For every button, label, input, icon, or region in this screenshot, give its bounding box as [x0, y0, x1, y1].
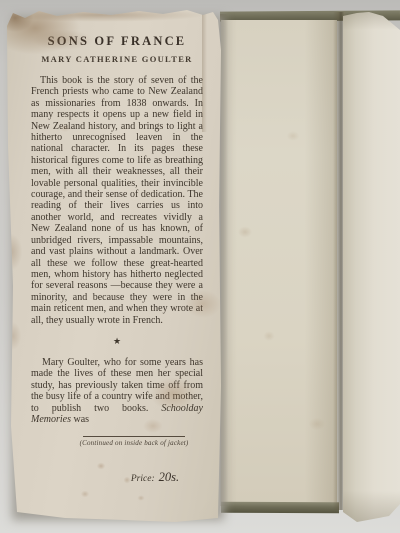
price-value: 20s.	[159, 470, 180, 484]
continued-note: (Continued on inside back of jacket)	[71, 439, 197, 447]
price-label: Price:	[131, 474, 155, 484]
right-page	[343, 4, 400, 522]
star-divider-icon: ★	[31, 336, 203, 347]
book-title: SONS OF FRANCE	[31, 34, 203, 49]
price: Price: 20s.	[31, 468, 203, 486]
flap-printed-text: SONS OF FRANCE MARY CATHERINE GOULTER Th…	[5, 6, 221, 486]
divider-rule	[83, 436, 185, 437]
book-author: MARY CATHERINE GOULTER	[31, 54, 203, 64]
blurb-paragraph: This book is the story of seven of the F…	[31, 75, 203, 326]
author-note-paragraph: Mary Goulter, who for some years has mad…	[31, 357, 203, 425]
endpaper-page	[221, 20, 337, 504]
book-photo: SONS OF FRANCE MARY CATHERINE GOULTER Th…	[0, 0, 400, 533]
flap-crease	[202, 12, 207, 132]
jacket-flap: SONS OF FRANCE MARY CATHERINE GOULTER Th…	[5, 6, 221, 524]
board-edge-bottom	[221, 502, 339, 514]
author-note-tail: was	[71, 414, 89, 425]
